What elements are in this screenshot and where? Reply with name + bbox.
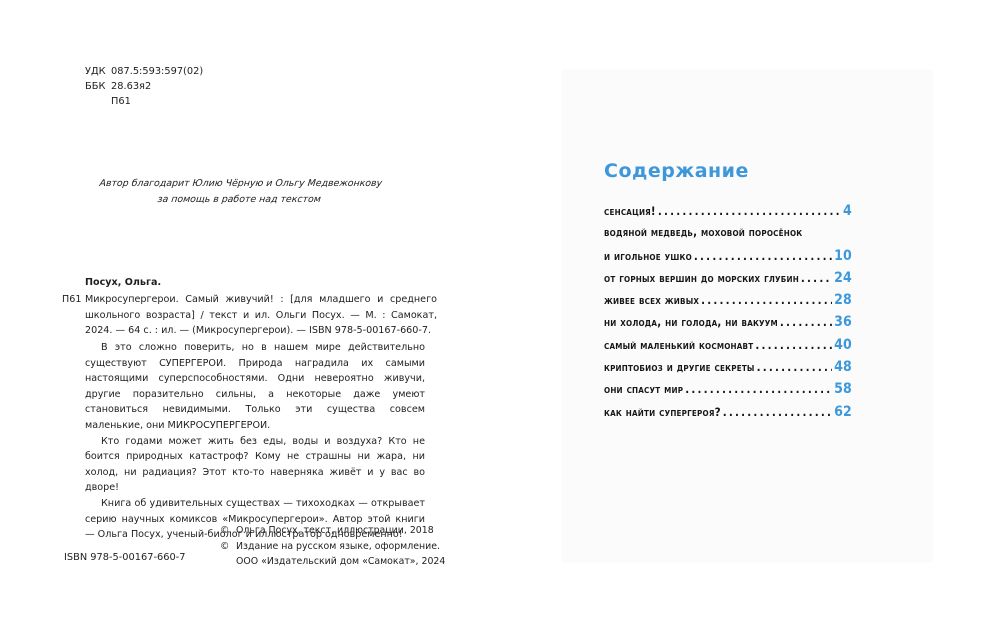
toc-entry[interactable]: Живее всех живых28 bbox=[604, 292, 852, 314]
toc-page-number: 24 bbox=[834, 270, 852, 286]
acknowledgement-line: Автор благодарит Юлию Чёрную и Ольгу Мед… bbox=[90, 176, 392, 192]
annotation: В это сложно поверить, но в нашем мире д… bbox=[85, 340, 425, 543]
acknowledgement-line: за помощь в работе над текстом bbox=[88, 192, 390, 208]
bibliographic-record: П61 Микросупергерои. Самый живучий! : [д… bbox=[62, 292, 442, 339]
annotation-paragraph: Кто годами может жить без еды, воды и во… bbox=[85, 434, 425, 496]
toc-entry-title: От горных вершин до морских глубин bbox=[604, 271, 799, 285]
author-mark-value: П61 bbox=[111, 94, 131, 109]
author-mark: П61 bbox=[62, 292, 81, 308]
toc-entry-title: Ни холода, ни голода, ни вакуум bbox=[604, 315, 778, 329]
isbn: ISBN 978-5-00167-660-7 bbox=[64, 552, 185, 563]
toc-leader-dots bbox=[658, 204, 841, 218]
toc-entry-title: Криптобиоз и другие секреты bbox=[604, 360, 755, 374]
toc-leader-dots bbox=[801, 271, 832, 285]
udk-key: УДК bbox=[85, 64, 111, 79]
toc-entry-title: Самый маленький космонавт bbox=[604, 338, 753, 352]
copyright-line: ООО «Издательский дом «Самокат», 2024 bbox=[220, 554, 445, 570]
toc-entry[interactable]: Криптобиоз и другие секреты48 bbox=[604, 359, 852, 381]
contents-title: Содержание bbox=[604, 160, 749, 182]
copyright-text: Издание на русском языке, оформление. bbox=[236, 539, 440, 555]
contents-page: Содержание Сенсация!4Водяной медведь, мо… bbox=[562, 70, 932, 562]
toc-entry[interactable]: Сенсация!4 bbox=[604, 203, 852, 225]
author-mark-row: П61 bbox=[85, 94, 203, 109]
toc-leader-dots bbox=[757, 360, 832, 374]
toc-entry-title: Они спасут мир bbox=[604, 382, 683, 396]
toc-leader-dots bbox=[685, 382, 832, 396]
toc-entry[interactable]: Самый маленький космонавт40 bbox=[604, 337, 852, 359]
toc-entry[interactable]: Ни холода, ни голода, ни вакуум36 bbox=[604, 314, 852, 336]
copyright-line: © Ольга Посух, текст, иллюстрации, 2018 bbox=[220, 523, 445, 539]
imprint-page: УДК 087.5:593:597(02) ББК 28.63я2 П61 Ав… bbox=[0, 0, 560, 628]
toc-page-number: 10 bbox=[834, 248, 852, 264]
toc-page-number: 36 bbox=[834, 314, 852, 330]
toc-entry[interactable]: Водяной медведь, моховой поросёнок bbox=[604, 225, 852, 247]
copyright-line: © Издание на русском языке, оформление. bbox=[220, 539, 445, 555]
toc-leader-dots bbox=[755, 338, 832, 352]
toc-entry-title: Живее всех живых bbox=[604, 293, 699, 307]
copyright-icon: © bbox=[220, 539, 236, 555]
toc-entry-title: Водяной медведь, моховой поросёнок bbox=[604, 225, 802, 239]
toc-leader-dots bbox=[701, 293, 832, 307]
copyright-indent bbox=[220, 554, 236, 570]
author-heading: Посух, Ольга. bbox=[85, 277, 161, 288]
toc-entry[interactable]: Как найти супергероя?62 bbox=[604, 404, 852, 426]
toc-entry-title: и игольное ушко bbox=[604, 249, 692, 263]
classification-block: УДК 087.5:593:597(02) ББК 28.63я2 П61 bbox=[85, 64, 203, 109]
bibliographic-description: Микросупергерои. Самый живучий! : [для м… bbox=[85, 292, 437, 339]
toc-leader-dots bbox=[780, 315, 832, 329]
toc-entry-title: Как найти супергероя? bbox=[604, 405, 721, 419]
toc-page-number: 40 bbox=[834, 337, 852, 353]
toc-page-number: 28 bbox=[834, 292, 852, 308]
udk-row: УДК 087.5:593:597(02) bbox=[85, 64, 203, 79]
toc-entry[interactable]: Они спасут мир58 bbox=[604, 381, 852, 403]
toc-page-number: 4 bbox=[843, 203, 852, 219]
author-mark-key bbox=[85, 94, 111, 109]
toc-page-number: 48 bbox=[834, 359, 852, 375]
copyright-text: Ольга Посух, текст, иллюстрации, 2018 bbox=[236, 523, 434, 539]
toc-entry-title: Сенсация! bbox=[604, 204, 656, 218]
annotation-paragraph: В это сложно поверить, но в нашем мире д… bbox=[85, 340, 425, 434]
toc-page-number: 62 bbox=[834, 404, 852, 420]
bbk-key: ББК bbox=[85, 79, 111, 94]
acknowledgement: Автор благодарит Юлию Чёрную и Ольгу Мед… bbox=[88, 176, 391, 207]
toc-entry[interactable]: и игольное ушко10 bbox=[604, 248, 852, 270]
udk-value: 087.5:593:597(02) bbox=[111, 64, 203, 79]
toc-leader-dots bbox=[694, 249, 832, 263]
copyright-block: © Ольга Посух, текст, иллюстрации, 2018 … bbox=[220, 523, 445, 570]
bbk-value: 28.63я2 bbox=[111, 79, 151, 94]
copyright-icon: © bbox=[220, 523, 236, 539]
toc-page-number: 58 bbox=[834, 381, 852, 397]
bbk-row: ББК 28.63я2 bbox=[85, 79, 203, 94]
copyright-text: ООО «Издательский дом «Самокат», 2024 bbox=[236, 554, 445, 570]
table-of-contents: Сенсация!4Водяной медведь, моховой порос… bbox=[604, 203, 852, 426]
toc-leader-dots bbox=[723, 405, 832, 419]
toc-entry[interactable]: От горных вершин до морских глубин24 bbox=[604, 270, 852, 292]
